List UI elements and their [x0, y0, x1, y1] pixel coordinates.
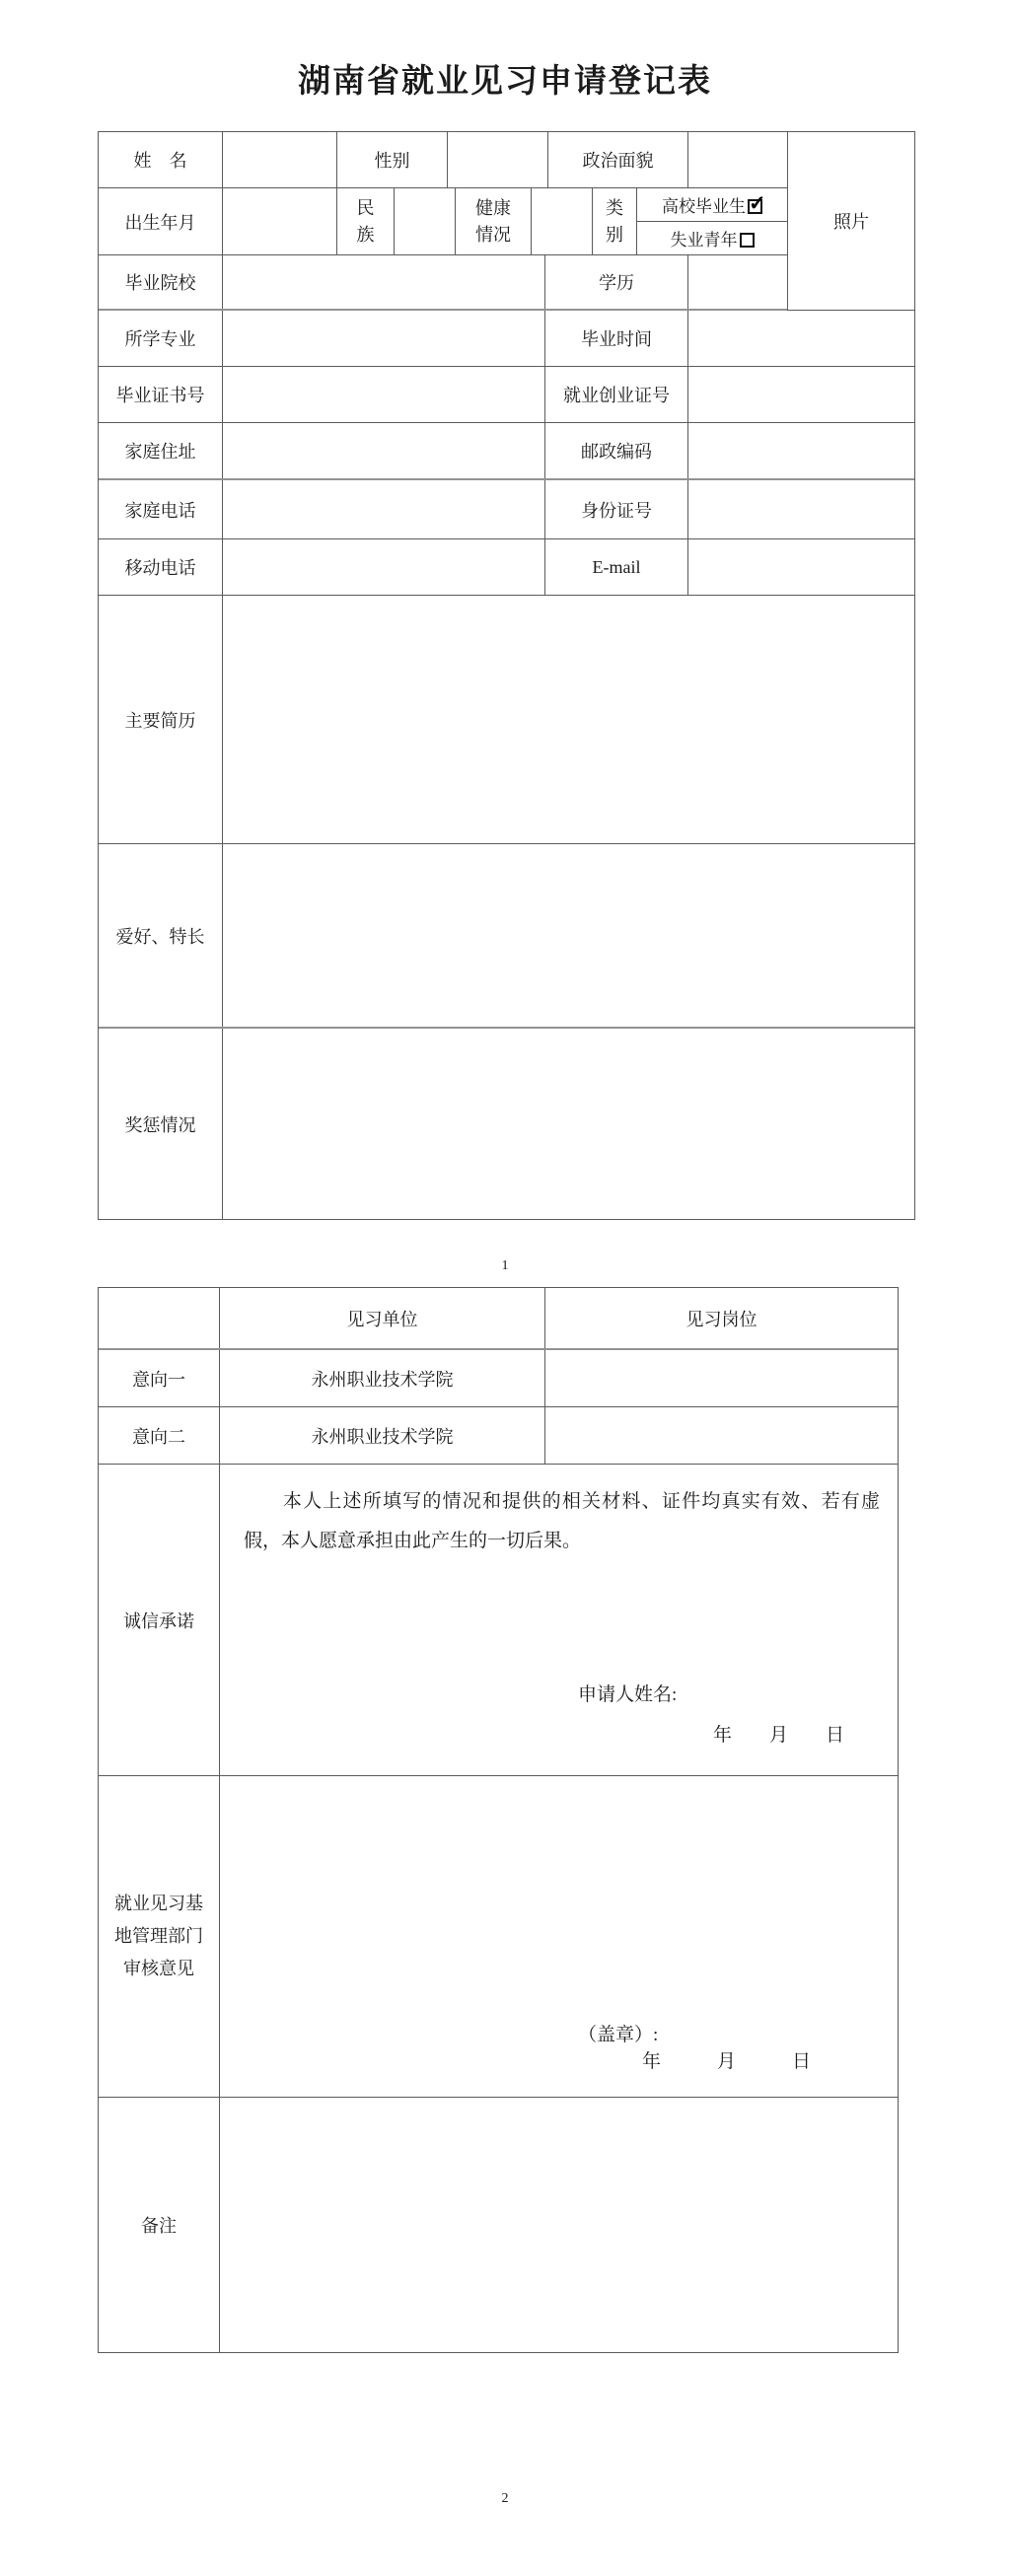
home-phone-value-cell: [223, 480, 545, 538]
employment-cert-label: 就业创业证号: [545, 367, 688, 422]
table-row-hobbies: 爱好、特长: [99, 844, 914, 1029]
checkbox-checked-icon: [748, 199, 762, 214]
graduation-time-label: 毕业时间: [545, 311, 688, 366]
home-address-label: 家庭住址: [99, 423, 223, 478]
email-label: E-mail: [545, 539, 688, 595]
degree-label: 学历: [545, 255, 688, 309]
intention-table: 见习单位 见习岗位 意向一 永州职业技术学院 意向二 永州职业技术学院 诚信承诺…: [98, 1287, 899, 2353]
hobbies-value-cell: [223, 844, 914, 1027]
remark-label: 备注: [99, 2098, 220, 2352]
review-date-label: 年 月 日: [642, 2046, 811, 2073]
major-value-cell: [223, 311, 545, 366]
id-number-value-cell: [688, 480, 914, 538]
diploma-number-value-cell: [223, 367, 545, 422]
table-row-intent-1: 意向一 永州职业技术学院: [99, 1350, 898, 1407]
home-phone-label: 家庭电话: [99, 480, 223, 538]
ethnicity-value-cell: [395, 188, 456, 254]
diploma-number-label: 毕业证书号: [99, 367, 223, 422]
header-corner-cell: [99, 1288, 220, 1348]
page-number-1: 1: [0, 1258, 1010, 1274]
email-value-cell: [688, 539, 914, 595]
review-content-cell: （盖章）: 年 月 日: [220, 1776, 898, 2097]
political-status-value-cell: [688, 132, 787, 187]
birth-date-label: 出生年月: [99, 188, 223, 254]
photo-placeholder: 照片: [787, 132, 914, 311]
form-page: 湖南省就业见习申请登记表 姓 名 性别 政治面貌 出生年月 民 族 健康 情况: [0, 0, 1010, 2576]
rewards-label: 奖惩情况: [99, 1029, 223, 1219]
applicant-info-table: 姓 名 性别 政治面貌 出生年月 民 族 健康 情况 类 别: [98, 131, 915, 1220]
table-row-intent-2: 意向二 永州职业技术学院: [99, 1407, 898, 1465]
postal-code-value-cell: [688, 423, 914, 478]
header-unit-label: 见习单位: [220, 1288, 545, 1348]
id-number-label: 身份证号: [545, 480, 688, 538]
page-number-2: 2: [0, 2491, 1010, 2507]
seal-label: （盖章）:: [578, 2020, 658, 2046]
remark-value-cell: [220, 2098, 898, 2352]
promise-date-label: 年 月 日: [713, 1720, 844, 1747]
health-label: 健康 情况: [456, 188, 532, 254]
applicant-name-label: 申请人姓名:: [578, 1680, 677, 1706]
category-options-cell: 高校毕业生 失业青年: [637, 188, 787, 254]
table-row-major: 所学专业 毕业时间: [99, 311, 914, 367]
table-row-diploma: 毕业证书号 就业创业证号: [99, 367, 914, 423]
birth-date-value-cell: [223, 188, 337, 254]
table-row-remark: 备注: [99, 2098, 898, 2352]
hobbies-label: 爱好、特长: [99, 844, 223, 1027]
promise-text: 本人上述所填写的情况和提供的相关材料、证件均真实有效、若有虚假，本人愿意承担由此…: [244, 1482, 880, 1561]
resume-label: 主要简历: [99, 596, 223, 843]
category-option-graduate: 高校毕业生: [637, 188, 787, 222]
political-status-label: 政治面貌: [548, 132, 688, 187]
category-option-unemployed-youth: 失业青年: [637, 222, 787, 254]
intent-2-unit-value: 永州职业技术学院: [220, 1407, 545, 1464]
school-label: 毕业院校: [99, 255, 223, 309]
rewards-value-cell: [223, 1029, 914, 1219]
gender-label: 性别: [337, 132, 448, 187]
health-value-cell: [532, 188, 593, 254]
intent-2-label: 意向二: [99, 1407, 220, 1464]
school-value-cell: [223, 255, 545, 309]
degree-value-cell: [688, 255, 787, 309]
promise-content-cell: 本人上述所填写的情况和提供的相关材料、证件均真实有效、若有虚假，本人愿意承担由此…: [220, 1465, 898, 1775]
promise-label: 诚信承诺: [99, 1465, 220, 1775]
table-row-home-phone: 家庭电话 身份证号: [99, 480, 914, 539]
ethnicity-label: 民 族: [337, 188, 395, 254]
header-post-label: 见习岗位: [545, 1288, 898, 1348]
intent-1-label: 意向一: [99, 1350, 220, 1406]
name-label: 姓 名: [99, 132, 223, 187]
table-row-mobile: 移动电话 E-mail: [99, 539, 914, 596]
mobile-phone-value-cell: [223, 539, 545, 595]
home-address-value-cell: [223, 423, 545, 478]
table-row-resume: 主要简历: [99, 596, 914, 844]
table-row-review: 就业见习基 地管理部门 审核意见 （盖章）: 年 月 日: [99, 1776, 898, 2098]
resume-value-cell: [223, 596, 914, 843]
graduation-time-value-cell: [688, 311, 914, 366]
table-row-header: 见习单位 见习岗位: [99, 1288, 898, 1350]
gender-value-cell: [448, 132, 548, 187]
table-row-rewards: 奖惩情况: [99, 1029, 914, 1219]
intent-2-post-value: [545, 1407, 898, 1464]
form-title: 湖南省就业见习申请登记表: [0, 55, 1010, 102]
review-label: 就业见习基 地管理部门 审核意见: [99, 1776, 220, 2097]
table-row-promise: 诚信承诺 本人上述所填写的情况和提供的相关材料、证件均真实有效、若有虚假，本人愿…: [99, 1465, 898, 1776]
table-row-address: 家庭住址 邮政编码: [99, 423, 914, 480]
postal-code-label: 邮政编码: [545, 423, 688, 478]
intent-1-unit-value: 永州职业技术学院: [220, 1350, 545, 1406]
name-value-cell: [223, 132, 337, 187]
major-label: 所学专业: [99, 311, 223, 366]
intent-1-post-value: [545, 1350, 898, 1406]
mobile-phone-label: 移动电话: [99, 539, 223, 595]
employment-cert-value-cell: [688, 367, 914, 422]
checkbox-unchecked-icon: [740, 233, 755, 248]
category-label: 类 别: [593, 188, 637, 254]
